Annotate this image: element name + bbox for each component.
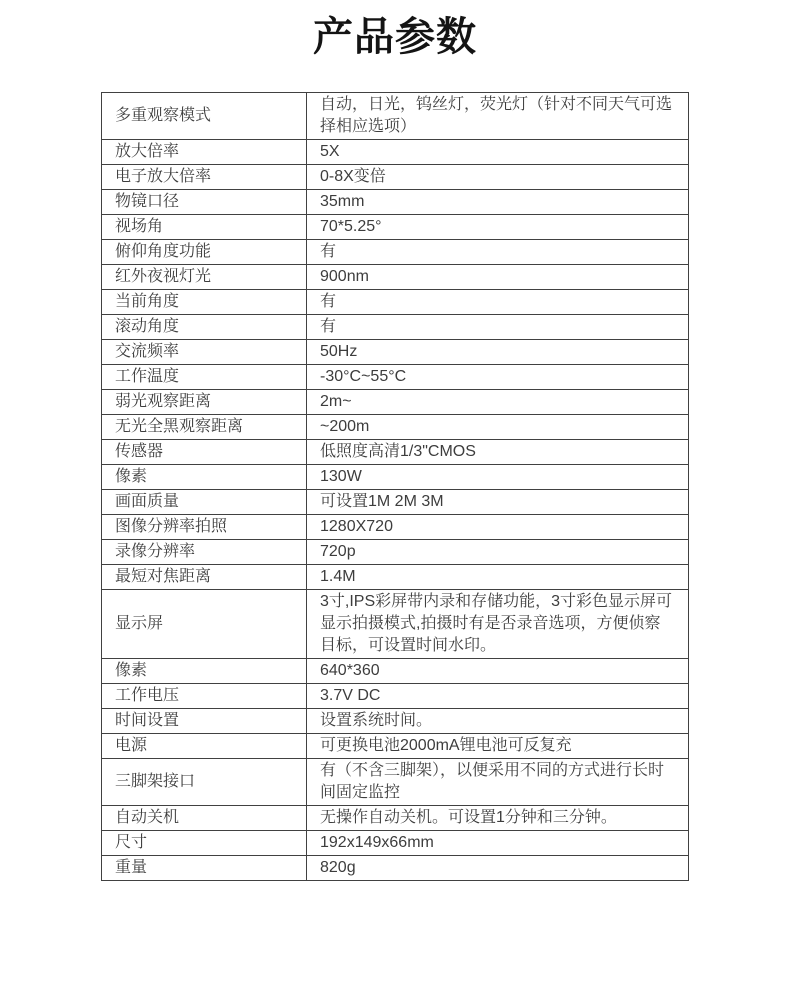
spec-row: 工作电压 3.7V DC (102, 684, 689, 709)
spec-value: ~200m (307, 415, 689, 440)
spec-value: 3寸,IPS彩屏带内录和存储功能，3寸彩色显示屏可显示拍摄模式,拍摄时有是否录音… (307, 590, 689, 659)
spec-label: 画面质量 (102, 490, 307, 515)
spec-row: 弱光观察距离 2m~ (102, 390, 689, 415)
spec-label: 视场角 (102, 215, 307, 240)
spec-label: 放大倍率 (102, 140, 307, 165)
spec-value: 0-8X变倍 (307, 165, 689, 190)
spec-label: 传感器 (102, 440, 307, 465)
spec-value: 35mm (307, 190, 689, 215)
spec-label: 像素 (102, 659, 307, 684)
spec-table-body: 多重观察模式 自动，日光，钨丝灯，荧光灯（针对不同天气可选择相应选项） 放大倍率… (102, 93, 689, 881)
spec-label: 尺寸 (102, 831, 307, 856)
spec-label: 滚动角度 (102, 315, 307, 340)
spec-value: 有 (307, 240, 689, 265)
spec-value: 有 (307, 315, 689, 340)
spec-row: 放大倍率 5X (102, 140, 689, 165)
spec-value: 有 (307, 290, 689, 315)
spec-row: 交流频率 50Hz (102, 340, 689, 365)
spec-value: 2m~ (307, 390, 689, 415)
spec-row: 红外夜视灯光 900nm (102, 265, 689, 290)
spec-row: 图像分辨率拍照 1280X720 (102, 515, 689, 540)
spec-row: 无光全黑观察距离 ~200m (102, 415, 689, 440)
spec-label: 工作温度 (102, 365, 307, 390)
spec-row: 多重观察模式 自动，日光，钨丝灯，荧光灯（针对不同天气可选择相应选项） (102, 93, 689, 140)
spec-label: 无光全黑观察距离 (102, 415, 307, 440)
spec-label: 多重观察模式 (102, 93, 307, 140)
spec-value: 70*5.25° (307, 215, 689, 240)
spec-value: 130W (307, 465, 689, 490)
spec-value: 192x149x66mm (307, 831, 689, 856)
spec-label: 交流频率 (102, 340, 307, 365)
spec-value: 低照度高清1/3"CMOS (307, 440, 689, 465)
spec-row: 自动关机 无操作自动关机。可设置1分钟和三分钟。 (102, 806, 689, 831)
spec-row: 滚动角度 有 (102, 315, 689, 340)
spec-value: 自动，日光，钨丝灯，荧光灯（针对不同天气可选择相应选项） (307, 93, 689, 140)
spec-value: 3.7V DC (307, 684, 689, 709)
spec-label: 红外夜视灯光 (102, 265, 307, 290)
spec-value: 可更换电池2000mA锂电池可反复充 (307, 734, 689, 759)
spec-label: 重量 (102, 856, 307, 881)
spec-table: 多重观察模式 自动，日光，钨丝灯，荧光灯（针对不同天气可选择相应选项） 放大倍率… (101, 92, 689, 881)
spec-value: -30°C~55°C (307, 365, 689, 390)
spec-label: 时间设置 (102, 709, 307, 734)
spec-table-container: 多重观察模式 自动，日光，钨丝灯，荧光灯（针对不同天气可选择相应选项） 放大倍率… (0, 92, 790, 881)
spec-label: 物镜口径 (102, 190, 307, 215)
spec-row: 重量 820g (102, 856, 689, 881)
spec-value: 820g (307, 856, 689, 881)
spec-label: 工作电压 (102, 684, 307, 709)
spec-row: 像素 640*360 (102, 659, 689, 684)
spec-label: 三脚架接口 (102, 759, 307, 806)
spec-row: 物镜口径 35mm (102, 190, 689, 215)
spec-label: 电源 (102, 734, 307, 759)
spec-label: 显示屏 (102, 590, 307, 659)
spec-row: 三脚架接口 有（不含三脚架），以便采用不同的方式进行长时间固定监控 (102, 759, 689, 806)
spec-value: 640*360 (307, 659, 689, 684)
spec-value: 有（不含三脚架），以便采用不同的方式进行长时间固定监控 (307, 759, 689, 806)
spec-value: 1280X720 (307, 515, 689, 540)
spec-row: 画面质量 可设置1M 2M 3M (102, 490, 689, 515)
spec-label: 录像分辨率 (102, 540, 307, 565)
spec-label: 当前角度 (102, 290, 307, 315)
spec-value: 设置系统时间。 (307, 709, 689, 734)
spec-row: 电子放大倍率 0-8X变倍 (102, 165, 689, 190)
spec-row: 时间设置 设置系统时间。 (102, 709, 689, 734)
page-title: 产品参数 (0, 14, 790, 60)
spec-row: 当前角度 有 (102, 290, 689, 315)
spec-label: 自动关机 (102, 806, 307, 831)
spec-row: 俯仰角度功能 有 (102, 240, 689, 265)
spec-row: 视场角 70*5.25° (102, 215, 689, 240)
spec-label: 最短对焦距离 (102, 565, 307, 590)
spec-value: 50Hz (307, 340, 689, 365)
spec-row: 尺寸 192x149x66mm (102, 831, 689, 856)
spec-label: 俯仰角度功能 (102, 240, 307, 265)
spec-row: 像素 130W (102, 465, 689, 490)
spec-label: 电子放大倍率 (102, 165, 307, 190)
spec-row: 传感器 低照度高清1/3"CMOS (102, 440, 689, 465)
spec-value: 900nm (307, 265, 689, 290)
spec-value: 1.4M (307, 565, 689, 590)
spec-row: 工作温度 -30°C~55°C (102, 365, 689, 390)
spec-row: 录像分辨率 720p (102, 540, 689, 565)
spec-value: 5X (307, 140, 689, 165)
spec-row: 最短对焦距离 1.4M (102, 565, 689, 590)
spec-value: 无操作自动关机。可设置1分钟和三分钟。 (307, 806, 689, 831)
spec-label: 弱光观察距离 (102, 390, 307, 415)
spec-row: 显示屏 3寸,IPS彩屏带内录和存储功能，3寸彩色显示屏可显示拍摄模式,拍摄时有… (102, 590, 689, 659)
spec-value: 可设置1M 2M 3M (307, 490, 689, 515)
spec-row: 电源 可更换电池2000mA锂电池可反复充 (102, 734, 689, 759)
spec-label: 图像分辨率拍照 (102, 515, 307, 540)
spec-value: 720p (307, 540, 689, 565)
spec-label: 像素 (102, 465, 307, 490)
